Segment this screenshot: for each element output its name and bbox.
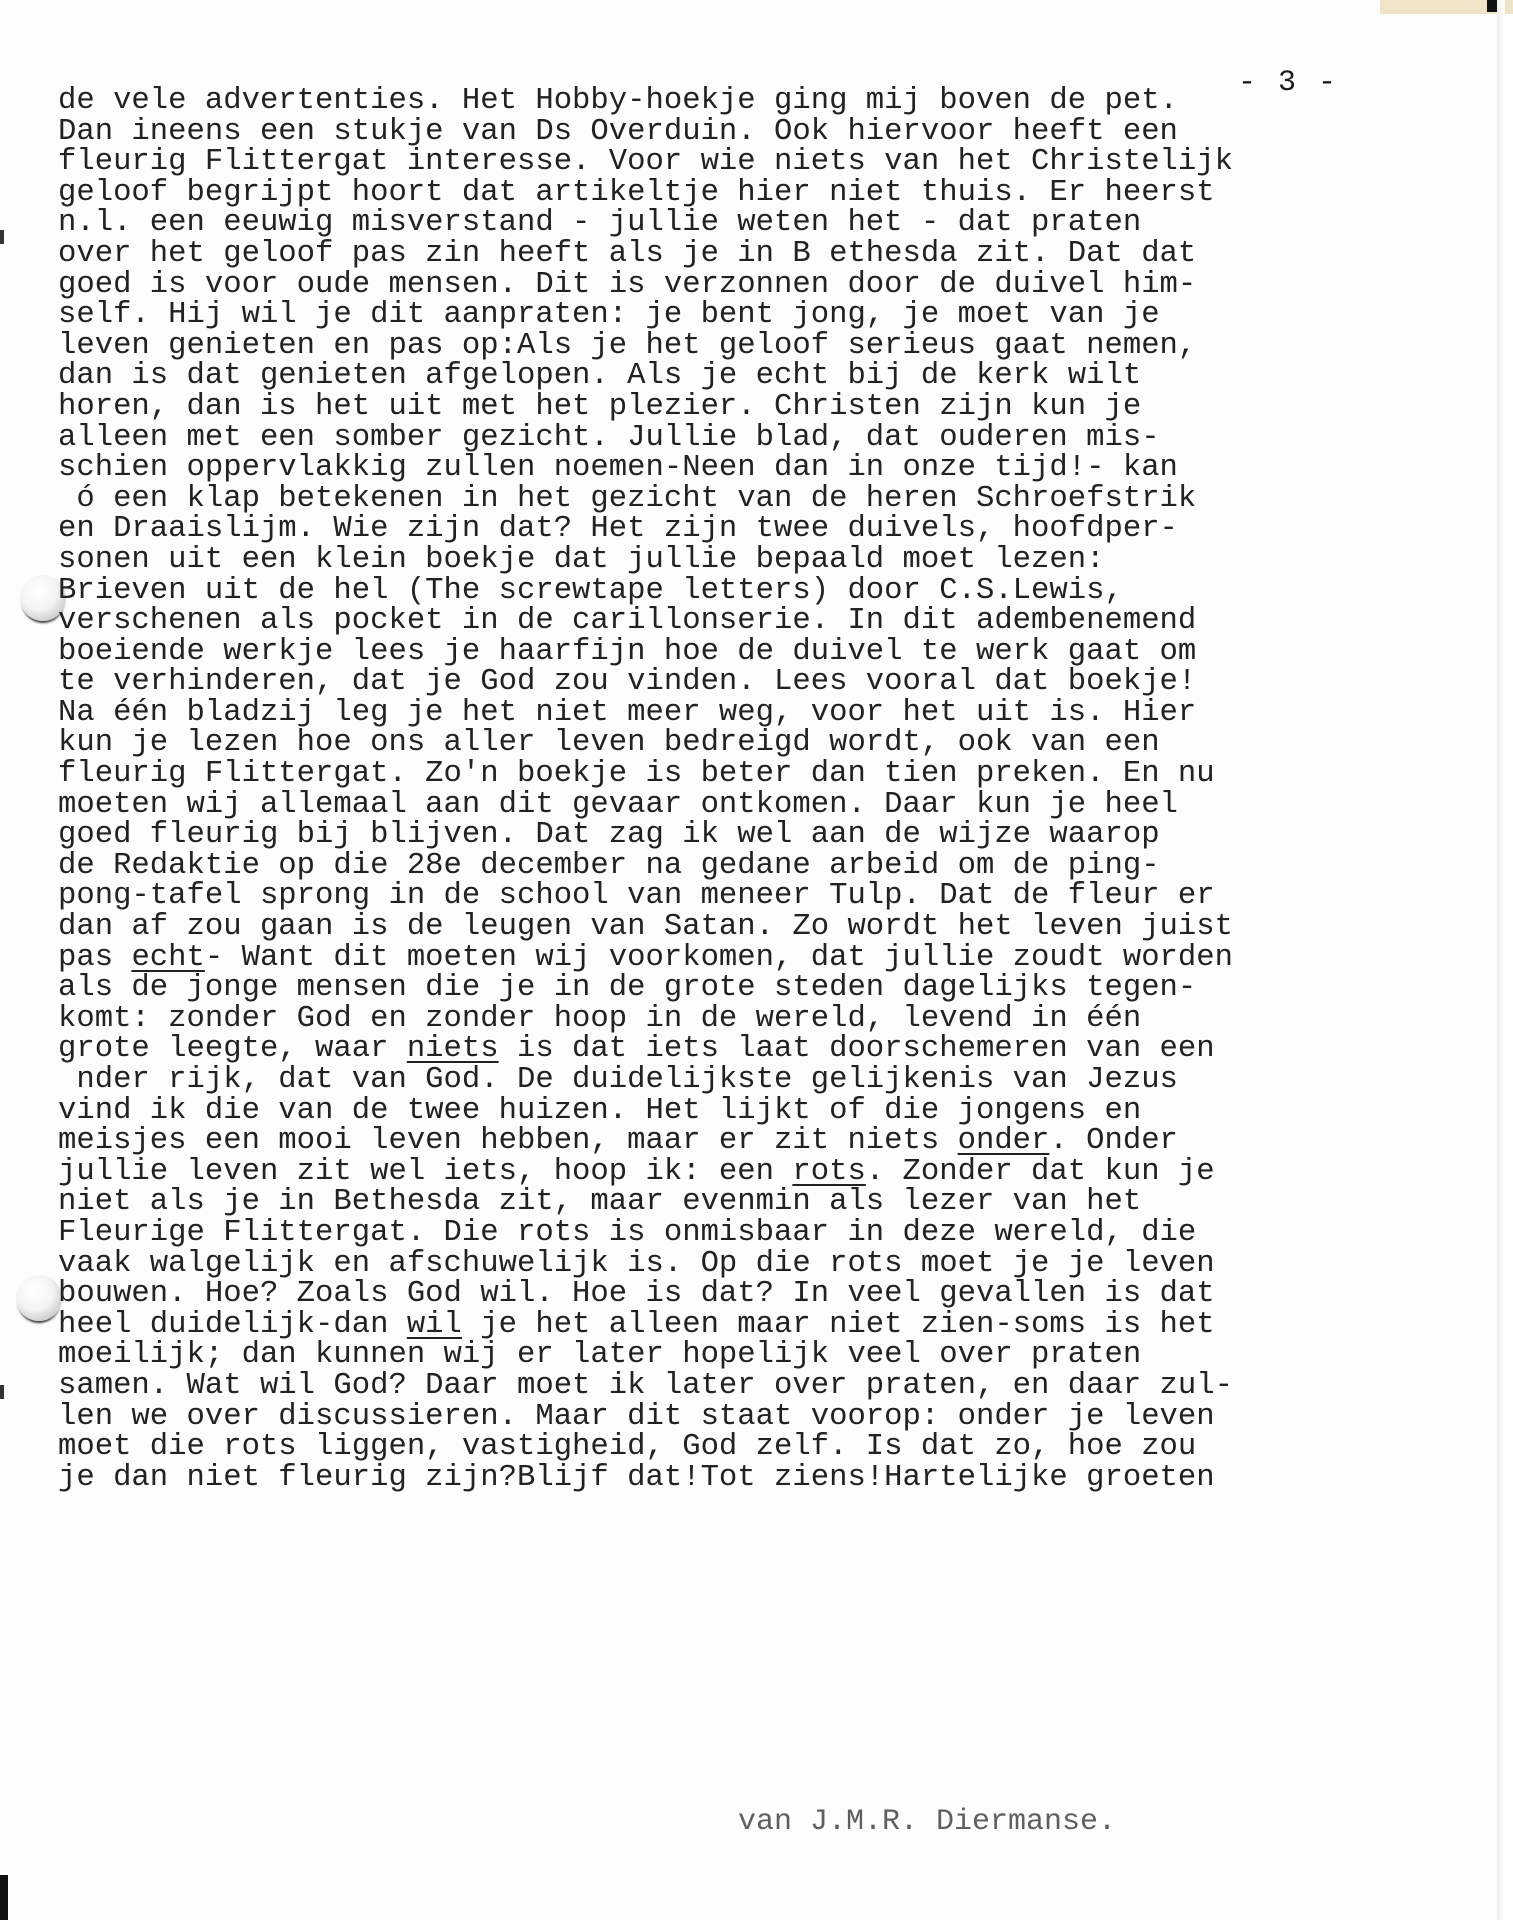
text-line: goed is voor oude mensen. Dit is verzonn… — [58, 270, 1233, 301]
text-segment: dan is dat genieten afgelopen. Als je ec… — [58, 359, 1141, 393]
margin-mark — [0, 1385, 4, 1399]
text-line: goed fleurig bij blijven. Dat zag ik wel… — [58, 820, 1233, 851]
text-segment: pong-tafel sprong in de school van menee… — [58, 879, 1215, 913]
text-line: fleurig Flittergat interesse. Voor wie n… — [58, 147, 1233, 178]
text-segment: len we over discussieren. Maar dit staat… — [58, 1400, 1215, 1434]
text-line: n.l. een eeuwig misverstand - jullie wet… — [58, 208, 1233, 239]
text-line: schien oppervlakkig zullen noemen-Neen d… — [58, 453, 1233, 484]
text-segment: goed is voor oude mensen. Dit is verzonn… — [58, 268, 1196, 302]
text-segment: alleen met een somber gezicht. Jullie bl… — [58, 421, 1160, 455]
text-line: te verhinderen, dat je God zou vinden. L… — [58, 667, 1233, 698]
text-line: Na één bladzij leg je het niet meer weg,… — [58, 698, 1233, 729]
text-line: de Redaktie op die 28e december na gedan… — [58, 851, 1233, 882]
text-segment: sonen uit een klein boekje dat jullie be… — [58, 543, 1104, 577]
text-segment: dan af zou gaan is de leugen van Satan. … — [58, 910, 1233, 944]
signature: van J.M.R. Diermanse. — [738, 1805, 1116, 1839]
text-segment: over het geloof pas zin heeft als je in … — [58, 237, 1196, 271]
text-segment: als de jonge mensen die je in de grote s… — [58, 971, 1196, 1005]
text-line: jullie leven zit wel iets, hoop ik: een … — [58, 1157, 1233, 1188]
text-segment: - Want dit moeten wij voorkomen, dat jul… — [205, 941, 1233, 975]
text-line: sonen uit een klein boekje dat jullie be… — [58, 545, 1233, 576]
text-segment: . Onder — [1049, 1124, 1178, 1158]
text-line: moet die rots liggen, vastigheid, God ze… — [58, 1432, 1233, 1463]
text-line: horen, dan is het uit met het plezier. C… — [58, 392, 1233, 423]
scanned-page: - 3 - de vele advertenties. Het Hobby-ho… — [0, 0, 1505, 1920]
text-segment: nder rijk, dat van God. De duidelijkste … — [58, 1063, 1178, 1097]
text-line: vaak walgelijk en afschuwelijk is. Op di… — [58, 1249, 1233, 1280]
text-line: en Draaislijm. Wie zijn dat? Het zijn tw… — [58, 514, 1233, 545]
text-segment: en Draaislijm. Wie zijn dat? Het zijn tw… — [58, 512, 1178, 546]
text-line: pong-tafel sprong in de school van menee… — [58, 881, 1233, 912]
page-number: - 3 - — [1238, 66, 1338, 100]
text-line: je dan niet fleurig zijn?Blijf dat!Tot z… — [58, 1463, 1233, 1494]
underlined-word: wil — [407, 1308, 462, 1342]
text-segment: je het alleen maar niet zien-soms is het — [462, 1308, 1215, 1342]
text-line: dan is dat genieten afgelopen. Als je ec… — [58, 361, 1233, 392]
text-line: geloof begrijpt hoort dat artikeltje hie… — [58, 178, 1233, 209]
text-segment: grote leegte, waar — [58, 1032, 407, 1066]
text-line: bouwen. Hoe? Zoals God wil. Hoe is dat? … — [58, 1279, 1233, 1310]
underlined-word: rots — [792, 1155, 865, 1189]
text-segment: Na één bladzij leg je het niet meer weg,… — [58, 696, 1196, 730]
text-segment: te verhinderen, dat je God zou vinden. L… — [58, 665, 1196, 699]
text-line: vind ik die van de twee huizen. Het lijk… — [58, 1096, 1233, 1127]
text-line: pas echt- Want dit moeten wij voorkomen,… — [58, 943, 1233, 974]
text-segment: je dan niet fleurig zijn?Blijf dat!Tot z… — [58, 1461, 1215, 1495]
margin-mark — [0, 230, 4, 244]
text-line: boeiende werkje lees je haarfijn hoe de … — [58, 637, 1233, 668]
punch-hole-bottom — [16, 1275, 62, 1321]
text-segment: samen. Wat wil God? Daar moet ik later o… — [58, 1369, 1233, 1403]
text-line: ó een klap betekenen in het gezicht van … — [58, 484, 1233, 515]
scan-corner-shadow — [0, 1875, 8, 1920]
text-segment: Dan ineens een stukje van Ds Overduin. O… — [58, 115, 1178, 149]
text-line: Dan ineens een stukje van Ds Overduin. O… — [58, 117, 1233, 148]
text-line: leven genieten en pas op:Als je het gelo… — [58, 331, 1233, 362]
text-line: dan af zou gaan is de leugen van Satan. … — [58, 912, 1233, 943]
text-segment: vaak walgelijk en afschuwelijk is. Op di… — [58, 1247, 1215, 1281]
text-line: als de jonge mensen die je in de grote s… — [58, 973, 1233, 1004]
text-segment: boeiende werkje lees je haarfijn hoe de … — [58, 635, 1196, 669]
text-segment: niet als je in Bethesda zit, maar evenmi… — [58, 1185, 1141, 1219]
text-line: moeilijk; dan kunnen wij er later hopeli… — [58, 1340, 1233, 1371]
text-segment: goed fleurig bij blijven. Dat zag ik wel… — [58, 818, 1160, 852]
page-edge — [1497, 0, 1505, 1920]
text-line: niet als je in Bethesda zit, maar evenmi… — [58, 1187, 1233, 1218]
text-segment: moeten wij allemaal aan dit gevaar ontko… — [58, 788, 1178, 822]
text-line: kun je lezen hoe ons aller leven bedreig… — [58, 728, 1233, 759]
text-line: self. Hij wil je dit aanpraten: je bent … — [58, 300, 1233, 331]
text-segment: is dat iets laat doorschemeren van een — [499, 1032, 1215, 1066]
underlined-word: niets — [407, 1032, 499, 1066]
letter-body: de vele advertenties. Het Hobby-hoekje g… — [58, 86, 1233, 1493]
text-segment: moet die rots liggen, vastigheid, God ze… — [58, 1430, 1196, 1464]
text-segment: schien oppervlakkig zullen noemen-Neen d… — [58, 451, 1178, 485]
text-line: de vele advertenties. Het Hobby-hoekje g… — [58, 86, 1233, 117]
text-segment: de vele advertenties. Het Hobby-hoekje g… — [58, 84, 1178, 118]
text-line: verschenen als pocket in de carillonseri… — [58, 606, 1233, 637]
text-segment: . Zonder dat kun je — [866, 1155, 1215, 1189]
text-segment: verschenen als pocket in de carillonseri… — [58, 604, 1196, 638]
text-line: Brieven uit de hel (The screwtape letter… — [58, 576, 1233, 607]
text-segment: komt: zonder God en zonder hoop in de we… — [58, 1002, 1141, 1036]
underlined-word: onder — [958, 1124, 1050, 1158]
text-segment: geloof begrijpt hoort dat artikeltje hie… — [58, 176, 1215, 210]
text-segment: jullie leven zit wel iets, hoop ik: een — [58, 1155, 792, 1189]
text-segment: meisjes een mooi leven hebben, maar er z… — [58, 1124, 958, 1158]
text-line: grote leegte, waar niets is dat iets laa… — [58, 1034, 1233, 1065]
text-segment: pas — [58, 941, 131, 975]
text-line: fleurig Flittergat. Zo'n boekje is beter… — [58, 759, 1233, 790]
text-line: moeten wij allemaal aan dit gevaar ontko… — [58, 790, 1233, 821]
text-segment: kun je lezen hoe ons aller leven bedreig… — [58, 726, 1160, 760]
underlined-word: echt — [131, 941, 204, 975]
text-line: alleen met een somber gezicht. Jullie bl… — [58, 423, 1233, 454]
text-segment: vind ik die van de twee huizen. Het lijk… — [58, 1094, 1141, 1128]
text-line: meisjes een mooi leven hebben, maar er z… — [58, 1126, 1233, 1157]
text-segment: self. Hij wil je dit aanpraten: je bent … — [58, 298, 1160, 332]
text-line: samen. Wat wil God? Daar moet ik later o… — [58, 1371, 1233, 1402]
text-line: len we over discussieren. Maar dit staat… — [58, 1402, 1233, 1433]
text-segment: de Redaktie op die 28e december na gedan… — [58, 849, 1160, 883]
text-segment: moeilijk; dan kunnen wij er later hopeli… — [58, 1338, 1141, 1372]
text-segment: Fleurige Flittergat. Die rots is onmisba… — [58, 1216, 1196, 1250]
text-line: komt: zonder God en zonder hoop in de we… — [58, 1004, 1233, 1035]
text-segment: fleurig Flittergat. Zo'n boekje is beter… — [58, 757, 1215, 791]
text-segment: bouwen. Hoe? Zoals God wil. Hoe is dat? … — [58, 1277, 1215, 1311]
text-segment: ó een klap betekenen in het gezicht van … — [58, 482, 1196, 516]
text-segment: heel duidelijk-dan — [58, 1308, 407, 1342]
text-segment: leven genieten en pas op:Als je het gelo… — [58, 329, 1196, 363]
text-line: Fleurige Flittergat. Die rots is onmisba… — [58, 1218, 1233, 1249]
text-segment: fleurig Flittergat interesse. Voor wie n… — [58, 145, 1233, 179]
text-line: heel duidelijk-dan wil je het alleen maa… — [58, 1310, 1233, 1341]
text-segment: horen, dan is het uit met het plezier. C… — [58, 390, 1141, 424]
text-line: over het geloof pas zin heeft als je in … — [58, 239, 1233, 270]
text-line: nder rijk, dat van God. De duidelijkste … — [58, 1065, 1233, 1096]
text-segment: n.l. een eeuwig misverstand - jullie wet… — [58, 206, 1141, 240]
text-segment: Brieven uit de hel (The screwtape letter… — [58, 574, 1123, 608]
